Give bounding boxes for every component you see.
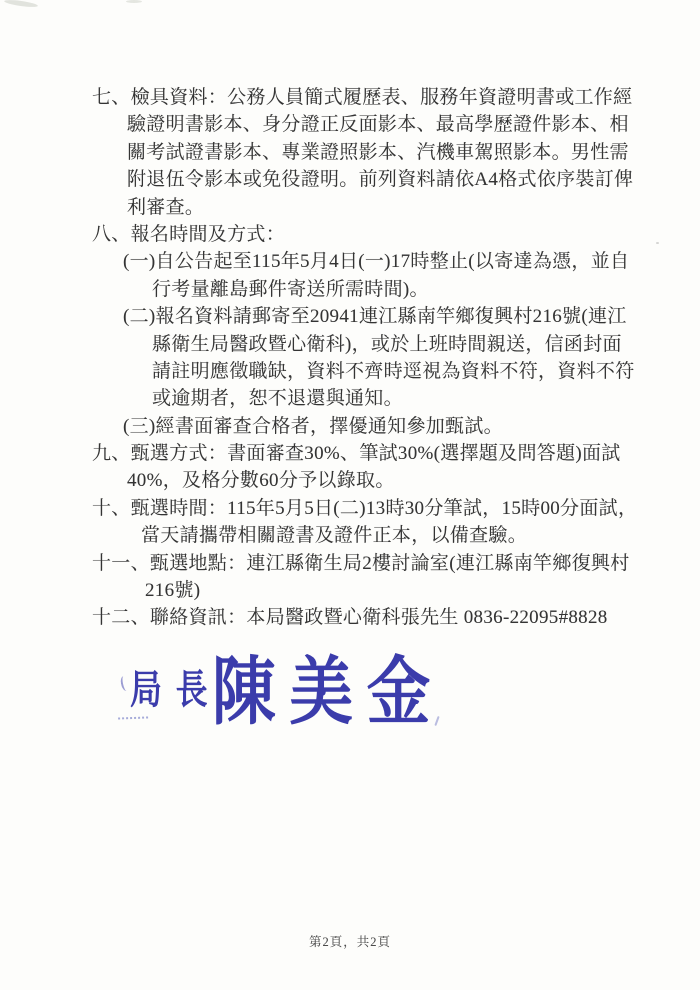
signature-name: 陳美金	[212, 656, 444, 730]
pen-smudge	[118, 711, 148, 719]
document-line: 利審查。	[92, 194, 672, 221]
document-line: 或逾期者，恕不退還與通知。	[92, 385, 672, 412]
document-line: 八、報名時間及方式：	[92, 221, 672, 248]
signature-title: 局長	[130, 670, 221, 710]
document-line: 請註明應徵職缺，資料不齊時逕視為資料不符，資料不符	[92, 358, 672, 385]
pen-mark	[120, 675, 131, 691]
document-line: 當天請攜帶相關證書及證件正本，以備查驗。	[92, 522, 672, 549]
scanned-document-page: 七、檢具資料：公務人員簡式履歷表、服務年資證明書或工作經驗證明書影本、身分證正反…	[0, 0, 700, 990]
document-line: 216號)	[92, 577, 672, 604]
document-line: 驗證明書影本、身分證正反面影本、最高學歷證件影本、相	[92, 111, 672, 138]
document-line: 九、甄選方式：書面審查30%、筆試30%(選擇題及問答題)面試	[92, 440, 672, 467]
page-number-footer: 第2頁，共2頁	[0, 932, 700, 950]
document-line: 十一、甄選地點：連江縣衛生局2樓討論室(連江縣南竿鄉復興村	[92, 550, 672, 577]
document-line: (二)報名資料請郵寄至20941連江縣南竿鄉復興村216號(連江	[92, 303, 672, 330]
document-line: 縣衛生局醫政暨心衛科)，或於上班時間親送，信函封面	[92, 331, 672, 358]
document-line: 40%，及格分數60分予以錄取。	[92, 467, 672, 494]
document-line: 十、甄選時間：115年5月5日(二)13時30分筆試，15時00分面試，	[92, 495, 672, 522]
document-line: 十二、聯絡資訊：本局醫政暨心衛科張先生 0836-22095#8828	[92, 604, 672, 631]
scan-artifact-speck	[4, 0, 38, 8]
document-line: 附退伍令影本或免役證明。前列資料請依A4格式依序裝訂俾	[92, 166, 672, 193]
document-line: 行考量離島郵件寄送所需時間)。	[92, 276, 672, 303]
document-line: (三)經書面審查合格者，擇優通知參加甄試。	[92, 413, 672, 440]
document-line: 七、檢具資料：公務人員簡式履歷表、服務年資證明書或工作經	[92, 84, 672, 111]
document-line: 關考試證書影本、專業證照影本、汽機車駕照影本。男性需	[92, 139, 672, 166]
document-body: 七、檢具資料：公務人員簡式履歷表、服務年資證明書或工作經驗證明書影本、身分證正反…	[92, 84, 672, 632]
scan-artifact-speck	[126, 0, 142, 3]
document-line: (一)自公告起至115年5月4日(一)17時整止(以寄達為憑，並自	[92, 248, 672, 275]
